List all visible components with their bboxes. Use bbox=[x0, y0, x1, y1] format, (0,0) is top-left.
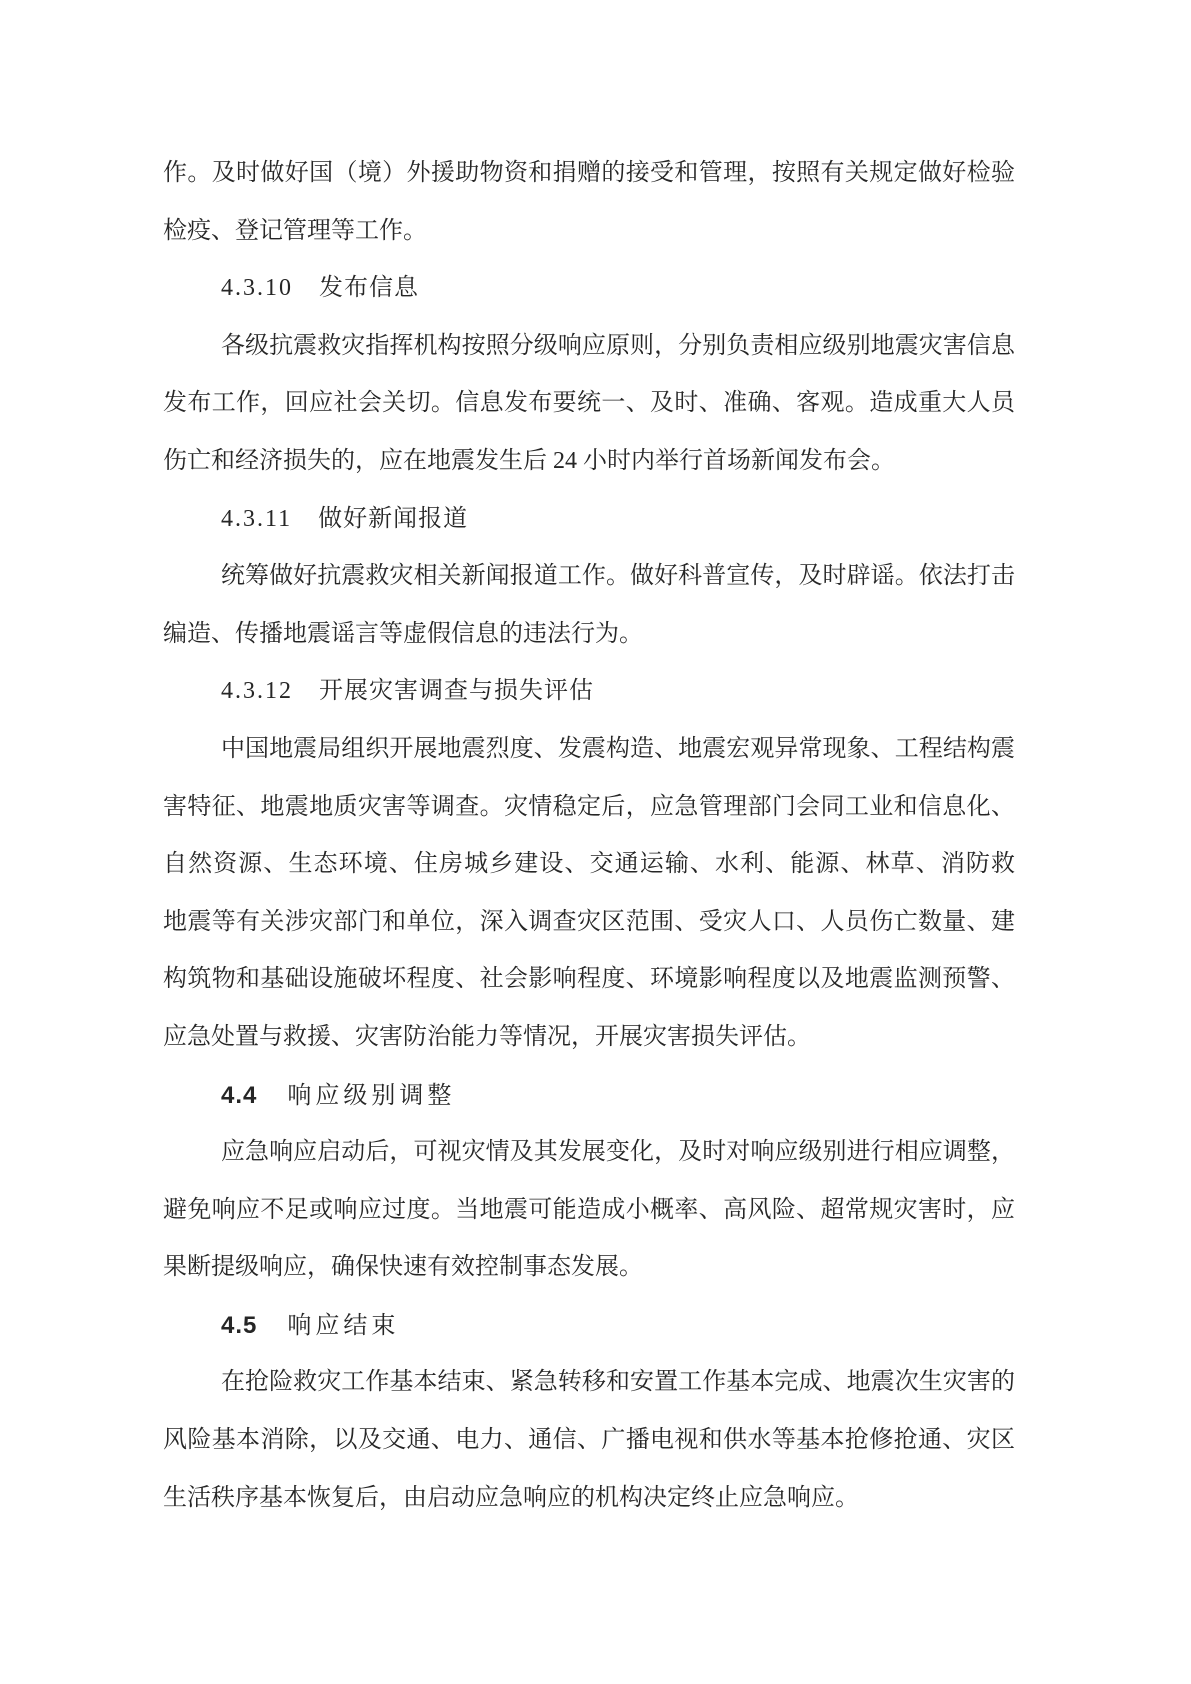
text-line: 在抢险救灾工作基本结束、紧急转移和安置工作基本完成、地震次生灾害的 bbox=[163, 1354, 1015, 1412]
text-line: 各级抗震救灾指挥机构按照分级响应原则，分别负责相应级别地震灾害信息 bbox=[163, 318, 1015, 376]
section-heading-4-3-11: 4.3.11做好新闻报道 bbox=[163, 491, 1015, 549]
section-number: 4.5 bbox=[221, 1312, 257, 1339]
section-title: 响应结束 bbox=[287, 1313, 399, 1339]
section-number: 4.4 bbox=[221, 1082, 257, 1109]
text-line: 害特征、地震地质灾害等调查。灾情稳定后，应急管理部门会同工业和信息化、 bbox=[163, 779, 1015, 837]
section-heading-4-3-10: 4.3.10发布信息 bbox=[163, 260, 1015, 318]
text-line: 风险基本消除，以及交通、电力、通信、广播电视和供水等基本抢修抢通、灾区 bbox=[163, 1412, 1015, 1470]
document-page: 作。及时做好国（境）外援助物资和捐赠的接受和管理，按照有关规定做好检验检疫、登记… bbox=[0, 0, 1191, 1684]
text-line: 伤亡和经济损失的，应在地震发生后 24 小时内举行首场新闻发布会。 bbox=[163, 433, 1015, 491]
section-heading-4-4: 4.4响应级别调整 bbox=[163, 1067, 1015, 1125]
text-line: 统筹做好抗震救灾相关新闻报道工作。做好科普宣传，及时辟谣。依法打击 bbox=[163, 548, 1015, 606]
section-number: 4.3.11 bbox=[221, 506, 292, 532]
section-title: 发布信息 bbox=[319, 275, 419, 301]
text-line: 避免响应不足或响应过度。当地震可能造成小概率、高风险、超常规灾害时，应 bbox=[163, 1182, 1015, 1240]
text-line: 自然资源、生态环境、住房城乡建设、交通运输、水利、能源、林草、消防救援、 bbox=[163, 836, 1015, 894]
text-line: 发布工作，回应社会关切。信息发布要统一、及时、准确、客观。造成重大人员 bbox=[163, 375, 1015, 433]
text-line: 应急响应启动后，可视灾情及其发展变化，及时对响应级别进行相应调整， bbox=[163, 1124, 1015, 1182]
text-line: 编造、传播地震谣言等虚假信息的违法行为。 bbox=[163, 606, 1015, 664]
section-title: 做好新闻报道 bbox=[318, 506, 468, 532]
text-line: 生活秩序基本恢复后，由启动应急响应的机构决定终止应急响应。 bbox=[163, 1470, 1015, 1528]
text-line: 果断提级响应，确保快速有效控制事态发展。 bbox=[163, 1239, 1015, 1297]
text-line: 检疫、登记管理等工作。 bbox=[163, 203, 1015, 261]
text-line: 作。及时做好国（境）外援助物资和捐赠的接受和管理，按照有关规定做好检验 bbox=[163, 145, 1015, 203]
text-line: 中国地震局组织开展地震烈度、发震构造、地震宏观异常现象、工程结构震 bbox=[163, 721, 1015, 779]
section-title: 开展灾害调查与损失评估 bbox=[319, 678, 594, 704]
text-line: 地震等有关涉灾部门和单位，深入调查灾区范围、受灾人口、人员伤亡数量、建 bbox=[163, 894, 1015, 952]
section-number: 4.3.12 bbox=[221, 678, 293, 704]
section-number: 4.3.10 bbox=[221, 275, 293, 301]
section-heading-4-5: 4.5响应结束 bbox=[163, 1297, 1015, 1355]
section-heading-4-3-12: 4.3.12开展灾害调查与损失评估 bbox=[163, 663, 1015, 721]
text-line: 应急处置与救援、灾害防治能力等情况，开展灾害损失评估。 bbox=[163, 1009, 1015, 1067]
text-line: 构筑物和基础设施破坏程度、社会影响程度、环境影响程度以及地震监测预警、 bbox=[163, 951, 1015, 1009]
section-title: 响应级别调整 bbox=[287, 1083, 455, 1109]
document-content: 作。及时做好国（境）外援助物资和捐赠的接受和管理，按照有关规定做好检验检疫、登记… bbox=[163, 145, 1015, 1527]
